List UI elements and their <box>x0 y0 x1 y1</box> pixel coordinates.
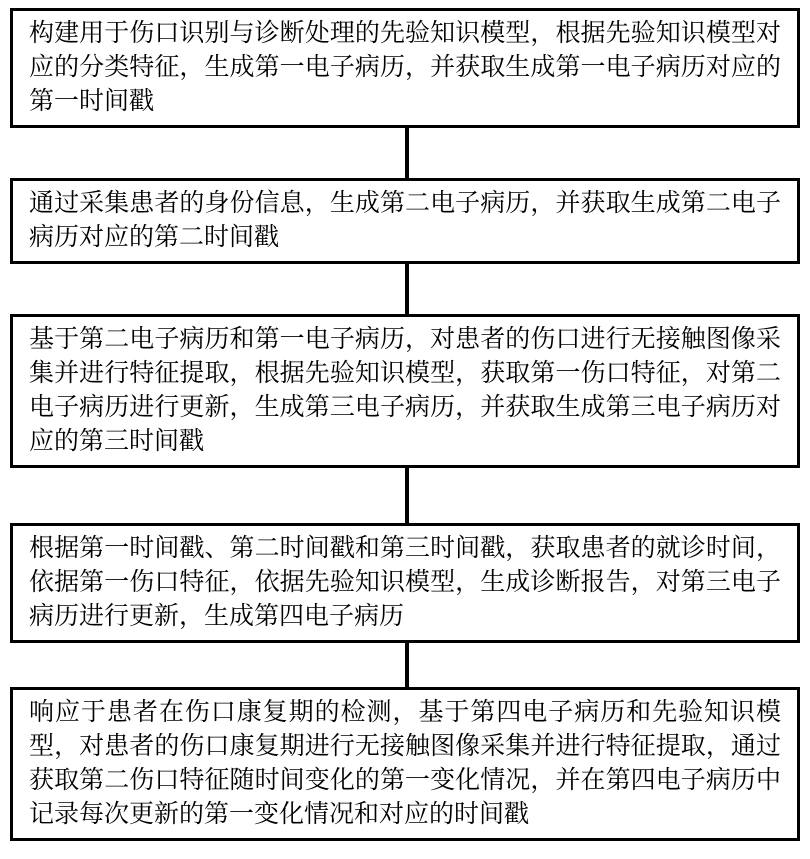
flow-step-4-text: 根据第一时间戳、第二时间戳和第三时间戳，获取患者的就诊时间，依据第一伤口特征，依… <box>29 532 781 634</box>
connector-3 <box>405 468 409 523</box>
flow-step-5: 响应于患者在伤口康复期的检测，基于第四电子病历和先验知识模型，对患者的伤口康复期… <box>10 687 800 841</box>
connector-4 <box>405 643 409 687</box>
flow-step-3: 基于第二电子病历和第一电子病历，对患者的伤口进行无接触图像采集并进行特征提取，根… <box>10 314 800 468</box>
flow-step-2: 通过采集患者的身份信息，生成第二电子病历，并获取生成第二电子病历对应的第二时间戳 <box>10 178 800 264</box>
flow-step-4: 根据第一时间戳、第二时间戳和第三时间戳，获取患者的就诊时间，依据第一伤口特征，依… <box>10 523 800 643</box>
flow-step-1-text: 构建用于伤口识别与诊断处理的先验知识模型，根据先验知识模型对应的分类特征，生成第… <box>29 17 781 119</box>
flow-step-1: 构建用于伤口识别与诊断处理的先验知识模型，根据先验知识模型对应的分类特征，生成第… <box>10 8 800 128</box>
flow-step-3-text: 基于第二电子病历和第一电子病历，对患者的伤口进行无接触图像采集并进行特征提取，根… <box>29 323 781 459</box>
connector-1 <box>405 128 409 178</box>
connector-2 <box>405 264 409 314</box>
wound-diagnosis-flowchart: 构建用于伤口识别与诊断处理的先验知识模型，根据先验知识模型对应的分类特征，生成第… <box>0 8 810 859</box>
flow-step-5-text: 响应于患者在伤口康复期的检测，基于第四电子病历和先验知识模型，对患者的伤口康复期… <box>29 696 781 832</box>
flow-step-2-text: 通过采集患者的身份信息，生成第二电子病历，并获取生成第二电子病历对应的第二时间戳 <box>29 187 781 255</box>
